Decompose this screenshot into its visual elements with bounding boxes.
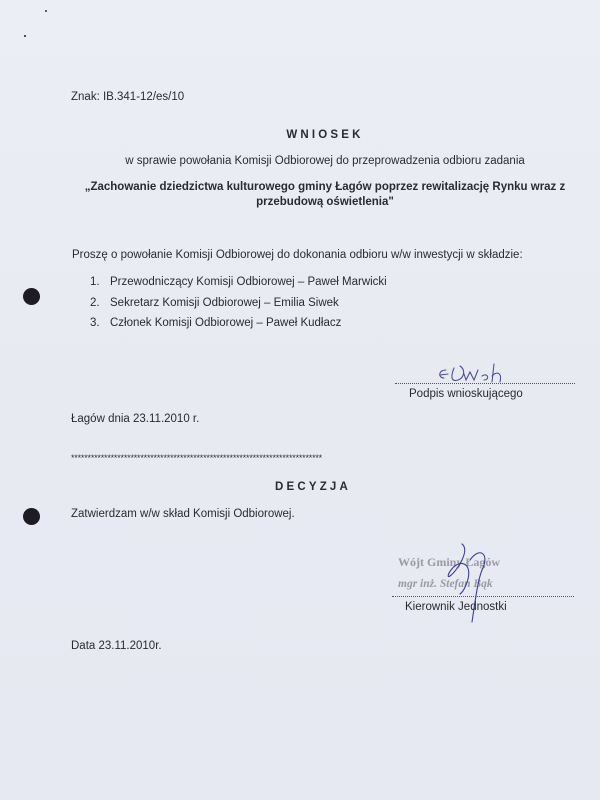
punch-hole-mark xyxy=(23,508,40,525)
request-subtitle: w sprawie powołania Komisji Odbiorowej d… xyxy=(0,155,600,167)
member-item: 2.Sekretarz Komisji Odbiorowej – Emilia … xyxy=(90,297,339,309)
section-separator: ****************************************… xyxy=(71,453,373,463)
decision-text: Zatwierdzam w/w skład Komisji Odbiorowej… xyxy=(71,508,295,520)
request-title: WNIOSEK xyxy=(0,129,600,141)
scan-speck xyxy=(45,10,47,12)
member-number: 2. xyxy=(90,297,110,309)
request-intro: Proszę o powołanie Komisji Odbiorowej do… xyxy=(72,249,523,261)
task-name-line2: przebudową oświetlenia" xyxy=(0,196,600,208)
task-name-line1: „Zachowanie dziedzictwa kulturowego gmin… xyxy=(0,181,600,193)
manager-signature-caption: Kierownik Jednostki xyxy=(405,601,507,613)
decision-title: DECYZJA xyxy=(0,481,600,493)
signature-line xyxy=(395,383,575,384)
member-item: 1.Przewodniczący Komisji Odbiorowej – Pa… xyxy=(90,276,387,288)
member-text: Członek Komisji Odbiorowej – Paweł Kudła… xyxy=(110,317,341,329)
scanned-document-page: Znak: IB.341-12/es/10 WNIOSEK w sprawie … xyxy=(0,0,600,800)
reference-number: Znak: IB.341-12/es/10 xyxy=(71,91,184,103)
decision-date: Data 23.11.2010r. xyxy=(71,640,162,652)
applicant-signature-caption: Podpis wnioskującego xyxy=(409,388,523,400)
member-item: 3.Członek Komisji Odbiorowej – Paweł Kud… xyxy=(90,317,341,329)
scan-speck xyxy=(24,35,26,37)
place-and-date: Łagów dnia 23.11.2010 r. xyxy=(71,413,199,425)
punch-hole-mark xyxy=(23,288,40,305)
member-text: Sekretarz Komisji Odbiorowej – Emilia Si… xyxy=(110,297,339,309)
member-text: Przewodniczący Komisji Odbiorowej – Pawe… xyxy=(110,276,387,288)
member-number: 1. xyxy=(90,276,110,288)
member-number: 3. xyxy=(90,317,110,329)
signature-line xyxy=(392,596,574,597)
